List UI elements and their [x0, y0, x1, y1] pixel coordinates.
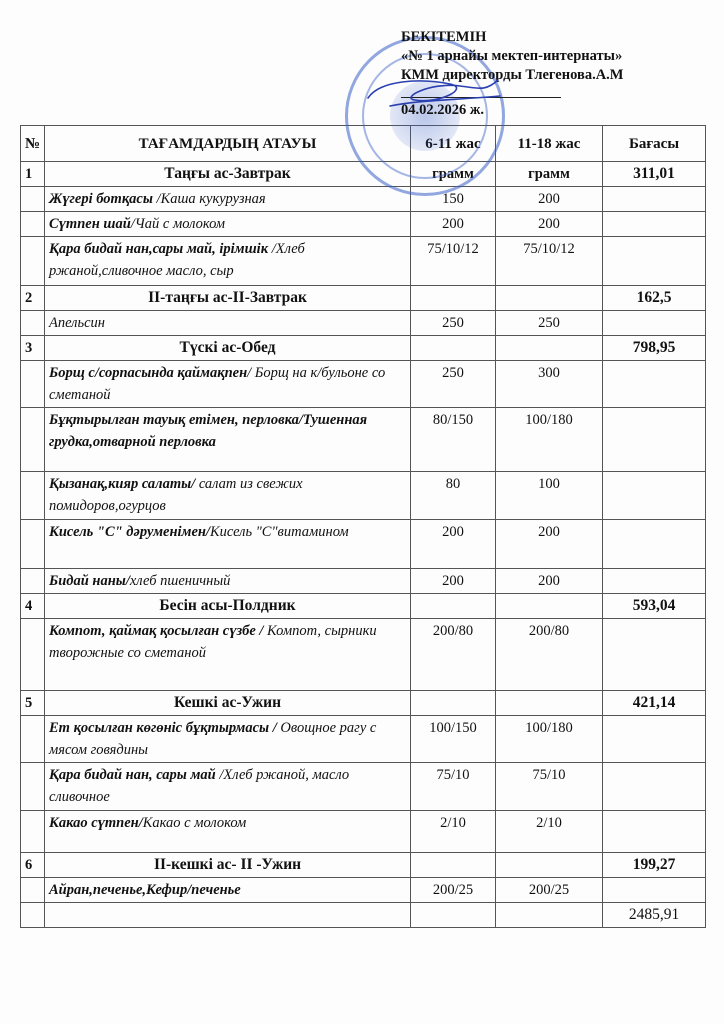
dish-name-ru: Кисель "С"витамином — [210, 524, 349, 540]
dish-name-kz: Сүтпен шай — [49, 216, 131, 232]
table-header-row: № ТАҒАМДАРДЫҢ АТАУЫ 6-11 жас 11-18 жас Б… — [21, 126, 706, 162]
dish-grams-6-11: 200 — [411, 520, 496, 569]
meal-number: 6 — [21, 853, 45, 878]
meal-unit-11-18 — [496, 336, 603, 361]
meal-unit-6-11 — [411, 853, 496, 878]
dish-name: Кисель "С" дәруменімен/Кисель "С"витамин… — [45, 520, 411, 569]
dish-price-cell — [603, 361, 706, 408]
meal-number: 5 — [21, 691, 45, 716]
dish-row: Компот, қаймақ қосылған сүзбе / Компот, … — [21, 619, 706, 691]
meal-title: Таңғы ас-Завтрак — [45, 162, 411, 187]
dish-num-cell — [21, 408, 45, 472]
dish-name-kz: Ет қосылған көгөніс бұқтырмасы / — [49, 720, 277, 736]
dish-name: Какао сүтпен/Какао с молоком — [45, 811, 411, 853]
dish-num-cell — [21, 472, 45, 520]
dish-name-kz: Какао сүтпен/ — [49, 815, 143, 831]
dish-name-kz: Бидай наны/ — [49, 573, 130, 589]
meal-price: 593,04 — [603, 594, 706, 619]
meal-row: 3Түскі ас-Обед798,95 — [21, 336, 706, 361]
dish-row: Ет қосылған көгөніс бұқтырмасы / Овощное… — [21, 716, 706, 763]
dish-price-cell — [603, 408, 706, 472]
dish-name-kz: Қара бидай нан,сары май, ірімшік — [49, 241, 272, 257]
dish-num-cell — [21, 878, 45, 903]
meal-unit-6-11 — [411, 594, 496, 619]
dish-name-ru: /Каша кукурузная — [157, 191, 266, 207]
meal-number: 3 — [21, 336, 45, 361]
meal-unit-6-11 — [411, 286, 496, 311]
dish-name-kz: Қара бидай нан, сары май — [49, 767, 219, 783]
dish-price-cell — [603, 520, 706, 569]
dish-name: Бұқтырылған тауық етімен, перловка/Тушен… — [45, 408, 411, 472]
meal-title: Түскі ас-Обед — [45, 336, 411, 361]
document-page: БЕКІТЕМІН «№ 1 арнайы мектеп-интернаты» … — [0, 0, 724, 1024]
dish-name-ru: Какао с молоком — [143, 815, 247, 831]
meal-number: 1 — [21, 162, 45, 187]
menu-body: 1Таңғы ас-Завтракграммграмм311,01Жүгері … — [21, 162, 706, 928]
header-age-11-18: 11-18 жас — [496, 126, 603, 162]
dish-name: Апельсин — [45, 311, 411, 336]
dish-row: Қара бидай нан,сары май, ірімшік /Хлеб р… — [21, 237, 706, 286]
dish-grams-6-11: 100/150 — [411, 716, 496, 763]
dish-grams-6-11: 75/10 — [411, 763, 496, 811]
dish-price-cell — [603, 569, 706, 594]
approval-block: БЕКІТЕМІН «№ 1 арнайы мектеп-интернаты» … — [401, 28, 701, 120]
approval-school: «№ 1 арнайы мектеп-интернаты» — [401, 47, 701, 66]
dish-name: Ет қосылған көгөніс бұқтырмасы / Овощное… — [45, 716, 411, 763]
dish-row: Жүгері ботқасы /Каша кукурузная150200 — [21, 187, 706, 212]
dish-row: Қызанақ,кияр салаты/ салат из свежих пом… — [21, 472, 706, 520]
meal-row: 5Кешкі ас-Ужин421,14 — [21, 691, 706, 716]
meal-title: Кешкі ас-Ужин — [45, 691, 411, 716]
dish-num-cell — [21, 569, 45, 594]
meal-title: ІІ-кешкі ас- ІІ -Ужин — [45, 853, 411, 878]
dish-grams-11-18: 100 — [496, 472, 603, 520]
meal-price: 311,01 — [603, 162, 706, 187]
dish-grams-11-18: 200 — [496, 569, 603, 594]
dish-grams-6-11: 200 — [411, 212, 496, 237]
header-name: ТАҒАМДАРДЫҢ АТАУЫ — [45, 126, 411, 162]
meal-unit-6-11: грамм — [411, 162, 496, 187]
meal-unit-11-18 — [496, 286, 603, 311]
header-price: Бағасы — [603, 126, 706, 162]
dish-name-ru: /Чай с молоком — [131, 216, 225, 232]
dish-grams-6-11: 250 — [411, 361, 496, 408]
dish-grams-11-18: 200 — [496, 520, 603, 569]
total-empty-cell — [21, 903, 45, 928]
dish-grams-11-18: 100/180 — [496, 408, 603, 472]
dish-grams-11-18: 2/10 — [496, 811, 603, 853]
dish-name-kz: Қызанақ,кияр салаты/ — [49, 476, 195, 492]
dish-name-ru: Апельсин — [49, 315, 105, 331]
dish-name: Бидай наны/хлеб пшеничный — [45, 569, 411, 594]
dish-name: Айран,печенье,Кефир/печенье — [45, 878, 411, 903]
dish-price-cell — [603, 187, 706, 212]
dish-num-cell — [21, 311, 45, 336]
dish-grams-6-11: 75/10/12 — [411, 237, 496, 286]
header-age-6-11: 6-11 жас — [411, 126, 496, 162]
dish-num-cell — [21, 716, 45, 763]
dish-row: Айран,печенье,Кефир/печенье200/25200/25 — [21, 878, 706, 903]
meal-unit-11-18 — [496, 594, 603, 619]
menu-table: № ТАҒАМДАРДЫҢ АТАУЫ 6-11 жас 11-18 жас Б… — [20, 125, 706, 928]
dish-price-cell — [603, 716, 706, 763]
meal-price: 798,95 — [603, 336, 706, 361]
dish-row: Сүтпен шай/Чай с молоком200200 — [21, 212, 706, 237]
dish-num-cell — [21, 361, 45, 408]
dish-row: Борщ с/сорпасында қаймақпен/ Борщ на к/б… — [21, 361, 706, 408]
dish-price-cell — [603, 619, 706, 691]
dish-grams-11-18: 75/10 — [496, 763, 603, 811]
dish-num-cell — [21, 237, 45, 286]
dish-name: Сүтпен шай/Чай с молоком — [45, 212, 411, 237]
dish-name: Қызанақ,кияр салаты/ салат из свежих пом… — [45, 472, 411, 520]
total-empty-cell — [411, 903, 496, 928]
dish-name-kz: Борщ с/сорпасында қаймақпен — [49, 365, 247, 381]
dish-grams-6-11: 200 — [411, 569, 496, 594]
header-num: № — [21, 126, 45, 162]
dish-name-kz: Компот, қаймақ қосылған сүзбе / — [49, 623, 263, 639]
dish-num-cell — [21, 212, 45, 237]
dish-grams-11-18: 250 — [496, 311, 603, 336]
dish-grams-6-11: 150 — [411, 187, 496, 212]
meal-unit-11-18 — [496, 853, 603, 878]
dish-grams-6-11: 80 — [411, 472, 496, 520]
dish-name-kz: Кисель "С" дәруменімен/ — [49, 524, 210, 540]
approval-title: БЕКІТЕМІН — [401, 28, 701, 47]
total-empty-cell — [45, 903, 411, 928]
dish-price-cell — [603, 811, 706, 853]
meal-price: 199,27 — [603, 853, 706, 878]
dish-grams-11-18: 200/80 — [496, 619, 603, 691]
meal-price: 421,14 — [603, 691, 706, 716]
dish-grams-11-18: 200/25 — [496, 878, 603, 903]
meal-number: 4 — [21, 594, 45, 619]
meal-unit-6-11 — [411, 691, 496, 716]
meal-row: 1Таңғы ас-Завтракграммграмм311,01 — [21, 162, 706, 187]
dish-name-ru: хлеб пшеничный — [130, 573, 231, 589]
dish-row: Бидай наны/хлеб пшеничный200200 — [21, 569, 706, 594]
dish-num-cell — [21, 187, 45, 212]
dish-grams-11-18: 200 — [496, 212, 603, 237]
dish-grams-11-18: 300 — [496, 361, 603, 408]
dish-price-cell — [603, 311, 706, 336]
dish-grams-11-18: 100/180 — [496, 716, 603, 763]
dish-num-cell — [21, 763, 45, 811]
meal-unit-11-18 — [496, 691, 603, 716]
dish-name: Компот, қаймақ қосылған сүзбе / Компот, … — [45, 619, 411, 691]
meal-row: 6ІІ-кешкі ас- ІІ -Ужин199,27 — [21, 853, 706, 878]
meal-price: 162,5 — [603, 286, 706, 311]
dish-grams-11-18: 200 — [496, 187, 603, 212]
total-empty-cell — [496, 903, 603, 928]
dish-name: Жүгері ботқасы /Каша кукурузная — [45, 187, 411, 212]
dish-num-cell — [21, 619, 45, 691]
dish-row: Қара бидай нан, сары май /Хлеб ржаной, м… — [21, 763, 706, 811]
dish-price-cell — [603, 878, 706, 903]
dish-row: Кисель "С" дәруменімен/Кисель "С"витамин… — [21, 520, 706, 569]
dish-grams-6-11: 80/150 — [411, 408, 496, 472]
total-row: 2485,91 — [21, 903, 706, 928]
dish-grams-6-11: 200/80 — [411, 619, 496, 691]
meal-number: 2 — [21, 286, 45, 311]
meal-row: 4Бесін асы-Полдник593,04 — [21, 594, 706, 619]
dish-grams-6-11: 2/10 — [411, 811, 496, 853]
dish-name-kz: Жүгері ботқасы — [49, 191, 157, 207]
dish-grams-6-11: 250 — [411, 311, 496, 336]
dish-price-cell — [603, 212, 706, 237]
dish-row: Какао сүтпен/Какао с молоком2/102/10 — [21, 811, 706, 853]
dish-price-cell — [603, 472, 706, 520]
meal-unit-6-11 — [411, 336, 496, 361]
dish-row: Апельсин250250 — [21, 311, 706, 336]
dish-grams-11-18: 75/10/12 — [496, 237, 603, 286]
dish-num-cell — [21, 811, 45, 853]
dish-row: Бұқтырылған тауық етімен, перловка/Тушен… — [21, 408, 706, 472]
dish-name: Қара бидай нан,сары май, ірімшік /Хлеб р… — [45, 237, 411, 286]
meal-row: 2ІІ-таңғы ас-ІІ-Завтрак162,5 — [21, 286, 706, 311]
dish-num-cell — [21, 520, 45, 569]
approval-date: 04.02.2026 ж. — [401, 97, 561, 120]
dish-name: Борщ с/сорпасында қаймақпен/ Борщ на к/б… — [45, 361, 411, 408]
total-price: 2485,91 — [603, 903, 706, 928]
dish-name-kz: Айран,печенье,Кефир/печенье — [49, 882, 241, 898]
meal-title: Бесін асы-Полдник — [45, 594, 411, 619]
approval-director: КММ директорды Тлегенова.А.М — [401, 66, 701, 85]
dish-name: Қара бидай нан, сары май /Хлеб ржаной, м… — [45, 763, 411, 811]
dish-name-kz: Бұқтырылған тауық етімен, перловка/Тушен… — [49, 412, 367, 450]
meal-unit-11-18: грамм — [496, 162, 603, 187]
dish-price-cell — [603, 237, 706, 286]
meal-title: ІІ-таңғы ас-ІІ-Завтрак — [45, 286, 411, 311]
dish-grams-6-11: 200/25 — [411, 878, 496, 903]
dish-price-cell — [603, 763, 706, 811]
